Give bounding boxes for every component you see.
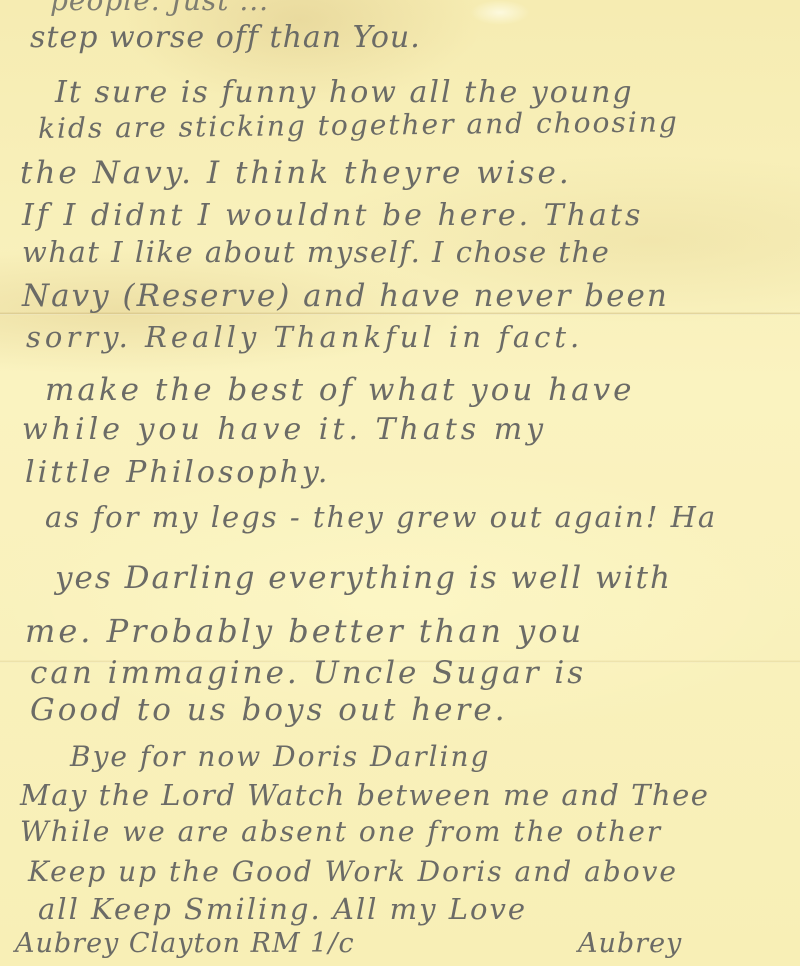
letter-line: kids are sticking together and choosing (38, 105, 679, 145)
letter-line: May the Lord Watch between me and Thee (20, 778, 709, 812)
letter-line: If I didnt I wouldnt be here. Thats (22, 198, 643, 233)
letter-line: yes Darling everything is well with (55, 560, 672, 596)
letter-line: step worse off than You. (30, 20, 421, 55)
letter-line: sorry. Really Thankful in fact. (26, 320, 583, 354)
paper-crease (470, 0, 530, 25)
letter-line: people. Just ... (50, 0, 269, 17)
letter-line: little Philosophy. (25, 455, 330, 490)
signoff-signature: Aubrey (578, 928, 682, 959)
letter-line: Navy (Reserve) and have never been (22, 278, 669, 314)
letter-line: It sure is funny how all the young (55, 75, 634, 110)
letter-line: while you have it. Thats my (22, 412, 547, 447)
letter-line: can immagine. Uncle Sugar is (30, 655, 586, 691)
letter-line: as for my legs - they grew out again! Ha (45, 500, 717, 534)
letter-line: Keep up the Good Work Doris and above (28, 855, 678, 888)
letter-line: what I like about myself. I chose the (22, 235, 610, 269)
letter-line: the Navy. I think theyre wise. (20, 155, 572, 191)
letter-line: While we are absent one from the other (20, 815, 662, 848)
letter-line: make the best of what you have (45, 372, 634, 408)
sender-full-name: Aubrey Clayton RM 1/c (15, 928, 355, 959)
letter-line: all Keep Smiling. All my Love (38, 892, 527, 926)
letter-line: me. Probably better than you (25, 612, 584, 650)
letter-line: Good to us boys out here. (30, 692, 508, 728)
letter-line: Bye for now Doris Darling (70, 740, 490, 773)
